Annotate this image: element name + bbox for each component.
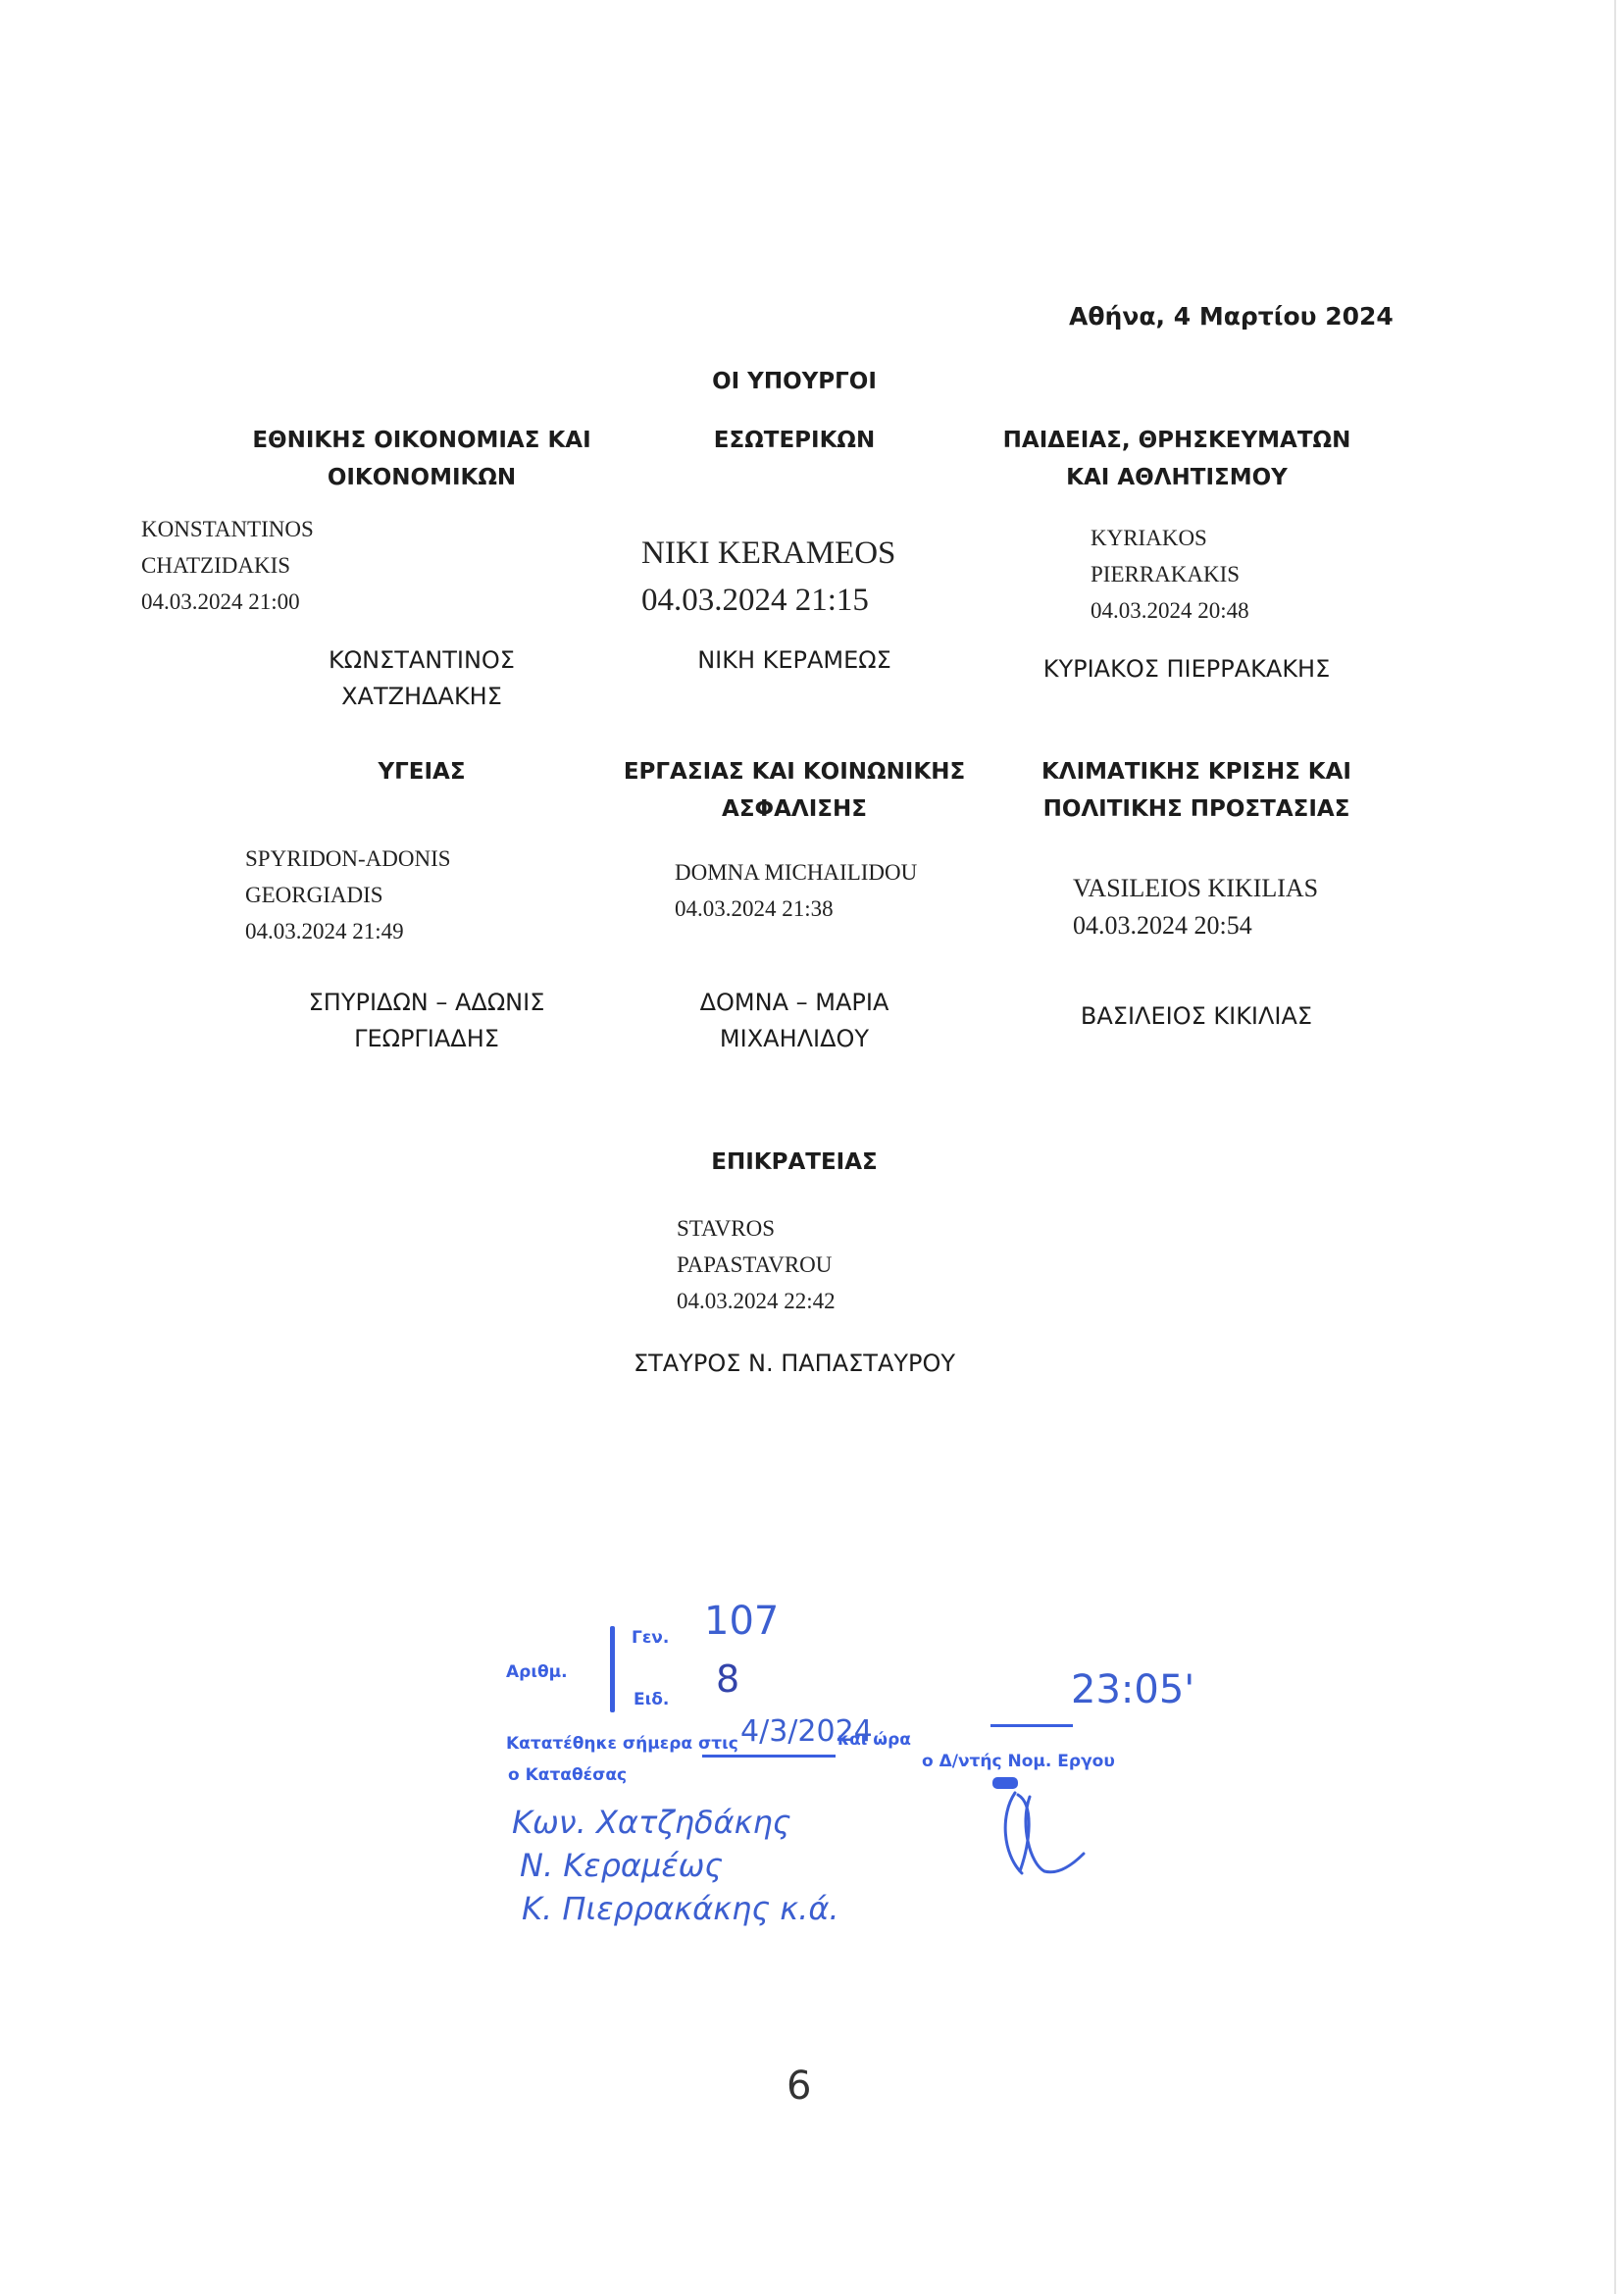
- minister-name: ΚΥΡΙΑΚΟΣ ΠΙΕΡΡΑΚΑΚΗΣ: [1020, 651, 1353, 688]
- stamp-time-underline: [990, 1724, 1073, 1727]
- name-line: ΒΑΣΙΛΕΙΟΣ ΚΙΚΙΛΙΑΣ: [1059, 998, 1334, 1035]
- name-line: ΣΠΥΡΙΔΩΝ – ΑΔΩΝΙΣ: [284, 985, 569, 1021]
- ministry-title: ΚΛΙΜΑΤΙΚΗΣ ΚΡΙΣΗΣ ΚΑΙ ΠΟΛΙΤΙΚΗΣ ΠΡΟΣΤΑΣΙ…: [1040, 753, 1353, 828]
- name-line: ΜΙΧΑΗΛΙΔΟΥ: [667, 1021, 922, 1057]
- digital-signature: NIKI KERAMEOS 04.03.2024 21:15: [641, 530, 895, 624]
- signature-name-line: KONSTANTINOS: [141, 511, 314, 547]
- name-line: ΓΕΩΡΓΙΑΔΗΣ: [284, 1021, 569, 1057]
- stamp-date-underline: [702, 1755, 836, 1758]
- ministry-title: ΕΠΙΚΡΑΤΕΙΑΣ: [677, 1144, 912, 1181]
- ministry-title: ΥΓΕΙΑΣ: [324, 753, 520, 790]
- ministry-title: ΠΑΙΔΕΙΑΣ, ΘΡΗΣΚΕΥΜΑΤΩΝ ΚΑΙ ΑΘΛΗΤΙΣΜΟΥ: [990, 422, 1363, 496]
- ministry-line: ΕΘΝΙΚΗΣ ΟΙΚΟΝΟΜΙΑΣ ΚΑΙ: [235, 422, 608, 459]
- signature-name-line: STAVROS: [677, 1210, 836, 1247]
- name-line: ΝΙΚΗ ΚΕΡΑΜΕΩΣ: [677, 642, 912, 679]
- signature-name-line: NIKI KERAMEOS: [641, 530, 895, 577]
- ministry-title: ΕΡΓΑΣΙΑΣ ΚΑΙ ΚΟΙΝΩΝΙΚΗΣ ΑΣΦΑΛΙΣΗΣ: [608, 753, 981, 828]
- page-number: 6: [787, 2064, 811, 2109]
- stamp-director-label: ο Δ/ντής Νομ. Εργου: [922, 1752, 1115, 1771]
- signature-name-line: GEORGIADIS: [245, 877, 451, 913]
- minister-name: ΣΠΥΡΙΔΩΝ – ΑΔΩΝΙΣ ΓΕΩΡΓΙΑΔΗΣ: [284, 985, 569, 1057]
- minister-name: ΝΙΚΗ ΚΕΡΑΜΕΩΣ: [677, 642, 912, 679]
- ministry-line: ΕΣΩΤΕΡΙΚΩΝ: [677, 422, 912, 459]
- ministry-title: ΕΣΩΤΕΡΙΚΩΝ: [677, 422, 912, 459]
- minister-name: ΚΩΝΣΤΑΝΤΙΝΟΣ ΧΑΤΖΗΔΑΚΗΣ: [294, 642, 549, 715]
- digital-signature: KONSTANTINOS CHATZIDAKIS 04.03.2024 21:0…: [141, 511, 314, 620]
- stamp-eid-label: Ειδ.: [634, 1690, 669, 1709]
- signature-name-line: PAPASTAVROU: [677, 1247, 836, 1283]
- page-edge: [1614, 0, 1616, 2294]
- name-line: ΧΑΤΖΗΔΑΚΗΣ: [294, 679, 549, 715]
- minister-name: ΣΤΑΥΡΟΣ Ν. ΠΑΠΑΣΤΑΥΡΟΥ: [608, 1346, 981, 1382]
- stamp-gen-label: Γεν.: [632, 1628, 669, 1648]
- ministry-title: ΕΘΝΙΚΗΣ ΟΙΚΟΝΟΜΙΑΣ ΚΑΙ ΟΙΚΟΝΟΜΙΚΩΝ: [235, 422, 608, 496]
- ministers-title: ΟΙ ΥΠΟΥΡΓΟΙ: [677, 363, 912, 400]
- stamp-time-value: 23:05': [1071, 1667, 1194, 1712]
- ministry-line: ΚΑΙ ΑΘΛΗΤΙΣΜΟΥ: [990, 459, 1363, 496]
- name-line: ΚΥΡΙΑΚΟΣ ΠΙΕΡΡΑΚΑΚΗΣ: [1020, 651, 1353, 688]
- depositor-line: Κων. Χατζηδάκης: [512, 1801, 839, 1844]
- ministry-line: ΚΛΙΜΑΤΙΚΗΣ ΚΡΙΣΗΣ ΚΑΙ: [1040, 753, 1353, 790]
- signature-timestamp: 04.03.2024 21:38: [675, 891, 917, 927]
- digital-signature: KYRIAKOS PIERRAKAKIS 04.03.2024 20:48: [1091, 520, 1249, 629]
- handwritten-depositors: Κων. Χατζηδάκης Ν. Κεραμέως Κ. Πιερρακάκ…: [512, 1801, 839, 1930]
- signature-timestamp: 04.03.2024 20:48: [1091, 592, 1249, 629]
- name-line: ΚΩΝΣΤΑΝΤΙΝΟΣ: [294, 642, 549, 679]
- name-line: ΣΤΑΥΡΟΣ Ν. ΠΑΠΑΣΤΑΥΡΟΥ: [608, 1346, 981, 1382]
- stamp-arithm-label: Αριθμ.: [506, 1662, 568, 1682]
- stamp-bracket-line: [610, 1626, 615, 1712]
- stamp-eid-value: 8: [716, 1657, 739, 1701]
- signature-timestamp: 04.03.2024 22:42: [677, 1283, 836, 1319]
- digital-signature: VASILEIOS KIKILIAS 04.03.2024 20:54: [1073, 870, 1318, 944]
- stamp-time-label: και ώρα: [837, 1730, 911, 1750]
- stamp-gen-value: 107: [704, 1599, 779, 1644]
- signature-timestamp: 04.03.2024 20:54: [1073, 907, 1318, 944]
- depositor-line: Ν. Κεραμέως: [512, 1844, 839, 1887]
- signature-name-line: VASILEIOS KIKILIAS: [1073, 870, 1318, 907]
- ministry-line: ΕΠΙΚΡΑΤΕΙΑΣ: [677, 1144, 912, 1181]
- signature-timestamp: 04.03.2024 21:00: [141, 584, 314, 620]
- place-date: Αθήνα, 4 Μαρτίου 2024: [1069, 302, 1394, 331]
- director-signature-icon: [990, 1785, 1108, 1883]
- signature-name-line: SPYRIDON-ADONIS: [245, 841, 451, 877]
- ministry-line: ΑΣΦΑΛΙΣΗΣ: [608, 790, 981, 828]
- digital-signature: DOMNA MICHAILIDOU 04.03.2024 21:38: [675, 854, 917, 927]
- name-line: ΔΟΜΝΑ – ΜΑΡΙΑ: [667, 985, 922, 1021]
- digital-signature: SPYRIDON-ADONIS GEORGIADIS 04.03.2024 21…: [245, 841, 451, 949]
- signature-name-line: PIERRAKAKIS: [1091, 556, 1249, 592]
- stamp-depositor-label: ο Καταθέσας: [508, 1765, 627, 1785]
- ministry-line: ΠΑΙΔΕΙΑΣ, ΘΡΗΣΚΕΥΜΑΤΩΝ: [990, 422, 1363, 459]
- digital-signature: STAVROS PAPASTAVROU 04.03.2024 22:42: [677, 1210, 836, 1319]
- signature-timestamp: 04.03.2024 21:49: [245, 913, 451, 949]
- ministry-line: ΠΟΛΙΤΙΚΗΣ ΠΡΟΣΤΑΣΙΑΣ: [1040, 790, 1353, 828]
- signature-name-line: DOMNA MICHAILIDOU: [675, 854, 917, 891]
- minister-name: ΒΑΣΙΛΕΙΟΣ ΚΙΚΙΛΙΑΣ: [1059, 998, 1334, 1035]
- signature-name-line: KYRIAKOS: [1091, 520, 1249, 556]
- ministry-line: ΥΓΕΙΑΣ: [324, 753, 520, 790]
- signature-name-line: CHATZIDAKIS: [141, 547, 314, 584]
- signature-timestamp: 04.03.2024 21:15: [641, 577, 895, 624]
- ministry-line: ΟΙΚΟΝΟΜΙΚΩΝ: [235, 459, 608, 496]
- depositor-line: Κ. Πιερρακάκης κ.ά.: [512, 1887, 839, 1930]
- minister-name: ΔΟΜΝΑ – ΜΑΡΙΑ ΜΙΧΑΗΛΙΔΟΥ: [667, 985, 922, 1057]
- stamp-deposited-label: Κατατέθηκε σήμερα στις: [506, 1734, 738, 1754]
- ministry-line: ΕΡΓΑΣΙΑΣ ΚΑΙ ΚΟΙΝΩΝΙΚΗΣ: [608, 753, 981, 790]
